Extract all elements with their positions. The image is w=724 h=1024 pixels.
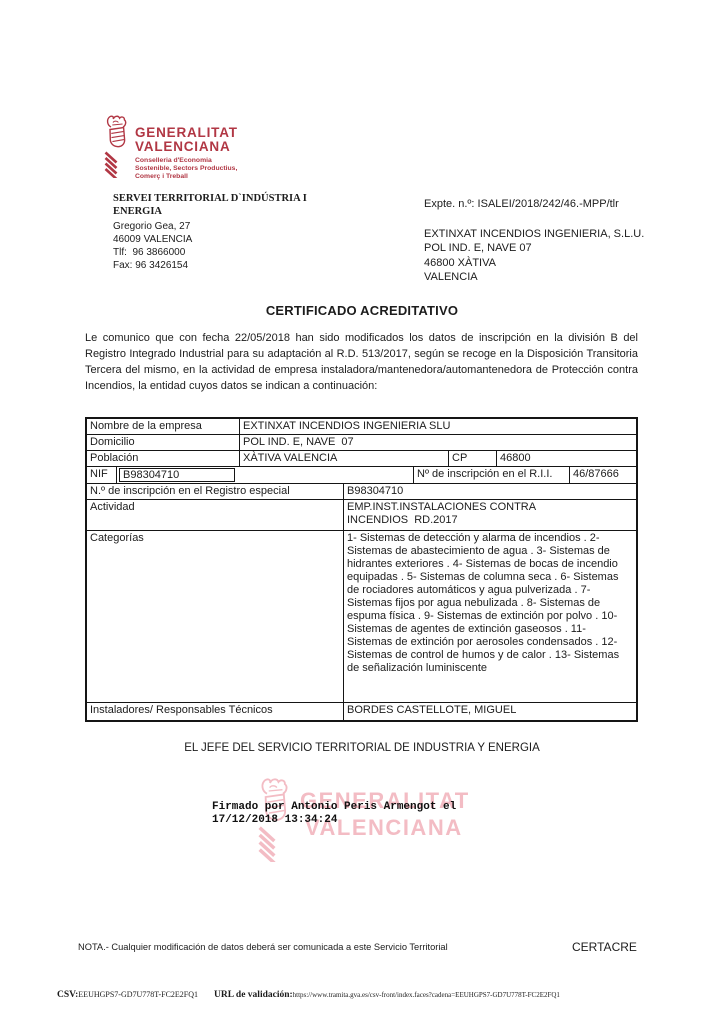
document-title: CERTIFICADO ACREDITATIVO [0,303,724,318]
nif-value-cell: B98304710 [117,467,414,483]
table-row-categorias: Categorías 1- Sistemas de detección y al… [87,531,636,703]
csv-value: EEUHGPS7-GD7U778T-FC2E2FQ1 [78,990,198,999]
gva-crest-icon [102,114,129,183]
cp-label: CP [449,451,497,466]
logo-subtitle: Conselleria d'Economia Sostenible, Secto… [135,157,238,181]
csv-footer: CSV:EEUHGPS7-GD7U778T-FC2E2FQ1URL de val… [57,984,677,1002]
sender-phone: Tlf: 96 3866000 [113,246,343,259]
domicilio-value: POL IND. E, NAVE 07 [240,435,636,450]
nombre-label: Nombre de la empresa [87,419,240,434]
recipient-company: EXTINXAT INCENDIOS INGENIERIA, S.L.U. [424,227,644,242]
nif-label: NIF [87,467,117,483]
actividad-value: EMP.INST.INSTALACIONES CONTRA INCENDIOS … [344,500,636,530]
signature-line1: Firmado por Antonio Peris Armengot el [212,801,456,814]
digital-signature: Firmado por Antonio Peris Armengot el 17… [212,801,456,826]
table-row-nombre: Nombre de la empresa EXTINXAT INCENDIOS … [87,419,636,435]
registro-value: B98304710 [344,484,636,499]
expediente-number: Expte. n.º: ISALEI/2018/242/46.-MPP/tlr [424,197,644,212]
signature-line2: 17/12/2018 13:34:24 [212,814,456,827]
sender-title: SERVEI TERRITORIAL D`INDÚSTRIA I ENERGIA [113,193,343,218]
recipient-address: POL IND. E, NAVE 07 [424,241,644,256]
gva-logo: GENERALITAT VALENCIANA Conselleria d'Eco… [102,114,238,183]
gva-logo-text: GENERALITAT VALENCIANA Conselleria d'Eco… [135,126,238,183]
recipient-province: VALENCIA [424,270,644,285]
instaladores-value: BORDES CASTELLOTE, MIGUEL [344,703,636,720]
recipient-block: Expte. n.º: ISALEI/2018/242/46.-MPP/tlr … [424,197,644,285]
sender-street: Gregorio Gea, 27 [113,220,343,233]
nombre-value: EXTINXAT INCENDIOS INGENIERIA SLU [240,419,636,434]
recipient-city: 46800 XÀTIVA [424,256,644,271]
domicilio-label: Domicilio [87,435,240,450]
sender-fax: Fax: 96 3426154 [113,259,343,272]
validation-url-value: https://www.tramita.gva.es/csv-front/ind… [293,991,560,999]
table-row-domicilio: Domicilio POL IND. E, NAVE 07 [87,435,636,451]
sender-block: SERVEI TERRITORIAL D`INDÚSTRIA I ENERGIA… [113,193,343,272]
closing-line: EL JEFE DEL SERVICIO TERRITORIAL DE INDU… [0,742,724,754]
nif-value: B98304710 [119,468,235,482]
rii-value: 46/87666 [570,467,636,483]
registration-table: Nombre de la empresa EXTINXAT INCENDIOS … [85,417,638,722]
sender-city: 46009 VALENCIA [113,233,343,246]
rii-label: Nº de inscripción en el R.I.I. [414,467,570,483]
poblacion-label: Población [87,451,240,466]
categorias-value: 1- Sistemas de detección y alarma de inc… [344,531,636,702]
table-row-nif: NIF B98304710 Nº de inscripción en el R.… [87,467,636,484]
body-paragraph: Le comunico que con fecha 22/05/2018 han… [85,331,638,395]
table-row-instaladores: Instaladores/ Responsables Técnicos BORD… [87,703,636,720]
table-row-registro: N.º de inscripción en el Registro especi… [87,484,636,500]
actividad-label: Actividad [87,500,344,530]
table-row-poblacion: Población XÀTIVA VALENCIA CP 46800 [87,451,636,467]
footnote: NOTA.- Cualquier modificación de datos d… [78,942,448,952]
certificate-page: GENERALITAT VALENCIANA Conselleria d'Eco… [0,0,724,1024]
document-code: CERTACRE [572,940,637,954]
logo-name-line1: GENERALITAT [135,126,238,140]
validation-url-label: URL de validación: [214,990,293,1000]
poblacion-value: XÀTIVA VALENCIA [240,451,449,466]
categorias-label: Categorías [87,531,344,702]
instaladores-label: Instaladores/ Responsables Técnicos [87,703,344,720]
logo-name-line2: VALENCIANA [135,140,238,154]
registro-label: N.º de inscripción en el Registro especi… [87,484,344,499]
table-row-actividad: Actividad EMP.INST.INSTALACIONES CONTRA … [87,500,636,531]
cp-value: 46800 [497,451,636,466]
csv-label: CSV: [57,990,78,1000]
